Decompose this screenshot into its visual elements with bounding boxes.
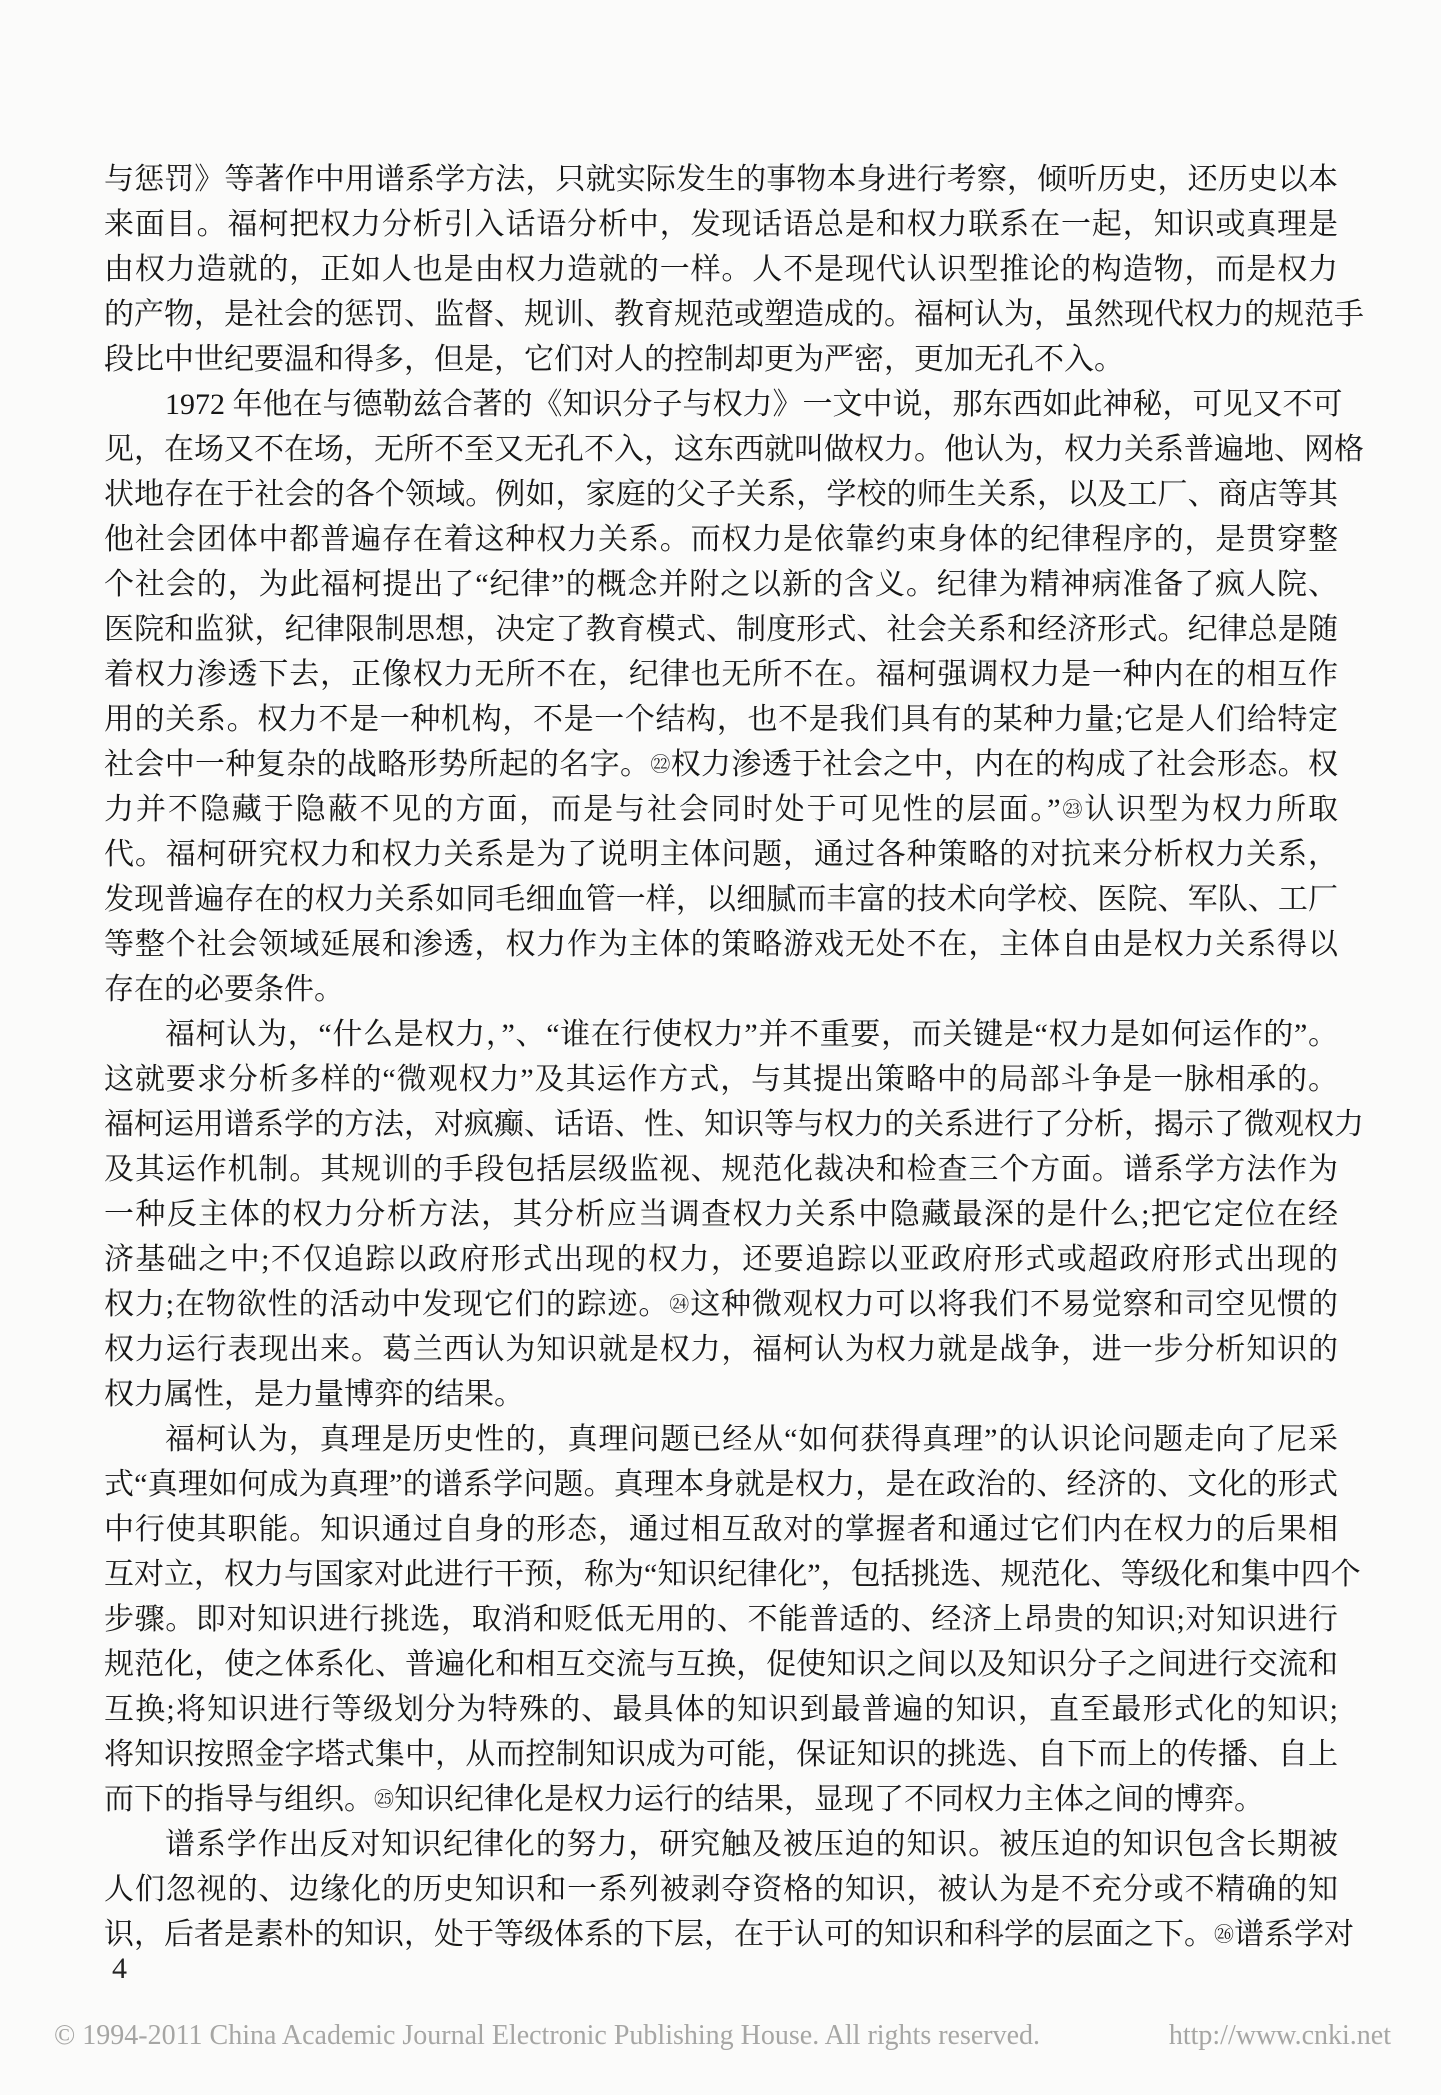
text-line: 存在的必要条件。	[104, 967, 1338, 1012]
text-line: 谱系学作出反对知识纪律化的努力，研究触及被压迫的知识。被压迫的知识包含长期被	[104, 1822, 1338, 1867]
copyright-notice: © 1994-2011 China Academic Journal Elect…	[54, 2020, 1040, 2052]
text-line: 的产物，是社会的惩罚、监督、规训、教育规范或塑造成的。福柯认为，虽然现代权力的规…	[104, 292, 1338, 337]
text-line: 由权力造就的，正如人也是由权力造就的一样。人不是现代认识型推论的构造物，而是权力	[104, 247, 1338, 292]
page-number: 4	[112, 1952, 127, 1986]
text-line: 及其运作机制。其规训的手段包括层级监视、规范化裁决和检查三个方面。谱系学方法作为	[104, 1147, 1338, 1192]
text-line: 福柯运用谱系学的方法，对疯癫、话语、性、知识等与权力的关系进行了分析，揭示了微观…	[104, 1102, 1338, 1147]
publisher-footer: © 1994-2011 China Academic Journal Elect…	[54, 2020, 1391, 2052]
text-line: 识，后者是素朴的知识，处于等级体系的下层，在于认可的知识和科学的层面之下。㉖谱系…	[104, 1912, 1338, 1957]
text-line: 权力;在物欲性的活动中发现它们的踪迹。㉔这种微观权力可以将我们不易觉察和司空见惯…	[104, 1282, 1338, 1327]
footnote-marker: ㉕	[374, 1789, 394, 1811]
text-line: 医院和监狱，纪律限制思想，决定了教育模式、制度形式、社会关系和经济形式。纪律总是…	[104, 607, 1338, 652]
text-line: 与惩罚》等著作中用谱系学方法，只就实际发生的事物本身进行考察，倾听历史，还历史以…	[104, 157, 1338, 202]
text-line: 中行使其职能。知识通过自身的形态，通过相互敌对的掌握者和通过它们内在权力的后果相	[104, 1507, 1338, 1552]
text-line: 用的关系。权力不是一种机构，不是一个结构，也不是我们具有的某种力量;它是人们给特…	[104, 697, 1338, 742]
text-line: 济基础之中;不仅追踪以政府形式出现的权力，还要追踪以亚政府形式或超政府形式出现的	[104, 1237, 1338, 1282]
text-line: 权力属性，是力量博弈的结果。	[104, 1372, 1338, 1417]
text-line: 状地存在于社会的各个领域。例如，家庭的父子关系，学校的师生关系，以及工厂、商店等…	[104, 472, 1338, 517]
text-line: 着权力渗透下去，正像权力无所不在，纪律也无所不在。福柯强调权力是一种内在的相互作	[104, 652, 1338, 697]
text-line: 福柯认为，真理是历史性的，真理问题已经从“如何获得真理”的认识论问题走向了尼采	[104, 1417, 1338, 1462]
text-line: 来面目。福柯把权力分析引入话语分析中，发现话语总是和权力联系在一起，知识或真理是	[104, 202, 1338, 247]
text-line: 一种反主体的权力分析方法，其分析应当调查权力关系中隐藏最深的是什么;把它定位在经	[104, 1192, 1338, 1237]
text-line: 福柯认为，“什么是权力，”、“谁在行使权力”并不重要，而关键是“权力是如何运作的…	[104, 1012, 1338, 1057]
text-line: 而下的指导与组织。㉕知识纪律化是权力运行的结果，显现了不同权力主体之间的博弈。	[104, 1777, 1338, 1822]
text-line: 规范化，使之体系化、普遍化和相互交流与互换，促使知识之间以及知识分子之间进行交流…	[104, 1642, 1338, 1687]
text-line: 他社会团体中都普遍存在着这种权力关系。而权力是依靠约束身体的纪律程序的，是贯穿整	[104, 517, 1338, 562]
text-line: 权力运行表现出来。葛兰西认为知识就是权力，福柯认为权力就是战争，进一步分析知识的	[104, 1327, 1338, 1372]
text-line: 互对立，权力与国家对此进行干预，称为“知识纪律化”，包括挑选、规范化、等级化和集…	[104, 1552, 1338, 1597]
text-line: 等整个社会领域延展和渗透，权力作为主体的策略游戏无处不在，主体自由是权力关系得以	[104, 922, 1338, 967]
text-line: 互换;将知识进行等级划分为特殊的、最具体的知识到最普遍的知识，直至最形式化的知识…	[104, 1687, 1338, 1732]
text-line: 将知识按照金字塔式集中，从而控制知识成为可能，保证知识的挑选、自下而上的传播、自…	[104, 1732, 1338, 1777]
text-line: 1972 年他在与德勒兹合著的《知识分子与权力》一文中说，那东西如此神秘，可见又…	[104, 382, 1338, 427]
document-body: 与惩罚》等著作中用谱系学方法，只就实际发生的事物本身进行考察，倾听历史，还历史以…	[104, 157, 1338, 1957]
text-line: 这就要求分析多样的“微观权力”及其运作方式，与其提出策略中的局部斗争是一脉相承的…	[104, 1057, 1338, 1102]
footnote-marker: ㉔	[669, 1294, 690, 1316]
footnote-marker: ㉒	[650, 754, 670, 776]
text-line: 社会中一种复杂的战略形势所起的名字。㉒权力渗透于社会之中，内在的构成了社会形态。…	[104, 742, 1338, 787]
text-line: 段比中世纪要温和得多，但是，它们对人的控制却更为严密，更加无孔不入。	[104, 337, 1338, 382]
footnote-marker: ㉖	[1214, 1924, 1234, 1946]
scanned-document-page: 与惩罚》等著作中用谱系学方法，只就实际发生的事物本身进行考察，倾听历史，还历史以…	[0, 0, 1441, 2095]
text-line: 式“真理如何成为真理”的谱系学问题。真理本身就是权力，是在政治的、经济的、文化的…	[104, 1462, 1338, 1507]
text-line: 见，在场又不在场，无所不至又无孔不入，这东西就叫做权力。他认为，权力关系普遍地、…	[104, 427, 1338, 472]
text-line: 步骤。即对知识进行挑选，取消和贬低无用的、不能普适的、经济上昂贵的知识;对知识进…	[104, 1597, 1338, 1642]
footnote-marker: ㉓	[1061, 799, 1085, 821]
text-line: 力并不隐藏于隐蔽不见的方面，而是与社会同时处于可见性的层面。”㉓认识型为权力所取	[104, 787, 1338, 832]
publisher-url: http://www.cnki.net	[1169, 2020, 1391, 2052]
text-line: 个社会的，为此福柯提出了“纪律”的概念并附之以新的含义。纪律为精神病准备了疯人院…	[104, 562, 1338, 607]
text-line: 发现普遍存在的权力关系如同毛细血管一样，以细腻而丰富的技术向学校、医院、军队、工…	[104, 877, 1338, 922]
text-line: 代。福柯研究权力和权力关系是为了说明主体问题，通过各种策略的对抗来分析权力关系，	[104, 832, 1338, 877]
text-line: 人们忽视的、边缘化的历史知识和一系列被剥夺资格的知识，被认为是不充分或不精确的知	[104, 1867, 1338, 1912]
